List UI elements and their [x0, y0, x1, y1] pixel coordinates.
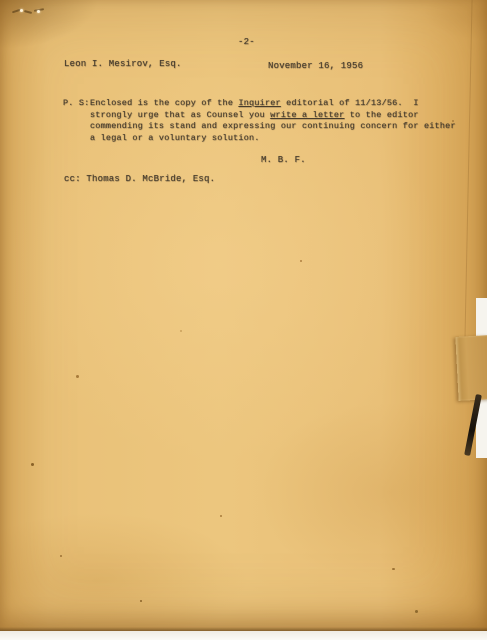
paper-speck	[180, 330, 182, 332]
paper-speck	[220, 515, 222, 517]
paper-speck	[140, 600, 142, 602]
postscript-segment-underlined: write a letter	[270, 110, 344, 120]
signature-initials: M. B. F.	[261, 155, 306, 165]
scan-background: -2- Leon I. Mesirov, Esq. November 16, 1…	[0, 0, 487, 640]
cc-line: cc: Thomas D. McBride, Esq.	[64, 174, 215, 184]
fold-crease	[464, 0, 472, 340]
paper-speck	[60, 555, 62, 557]
paper-speck	[300, 260, 302, 262]
staple-glint	[20, 9, 23, 12]
folded-corner-patch	[455, 335, 487, 401]
page-number: -2-	[238, 37, 255, 47]
paper-speck	[392, 568, 395, 570]
postscript-segment: Enclosed is the copy of the	[90, 98, 238, 108]
paper-speck	[31, 463, 34, 466]
staple-mark	[10, 6, 46, 16]
postscript-label: P. S:	[63, 98, 90, 108]
document-page: -2- Leon I. Mesirov, Esq. November 16, 1…	[0, 0, 487, 631]
postscript-segment-underlined: Inquirer	[238, 98, 280, 108]
staple-stroke	[24, 10, 32, 14]
scanner-background-strip	[0, 631, 487, 640]
postscript-text: Enclosed is the copy of the Inquirer edi…	[90, 98, 462, 144]
staple-glint	[37, 10, 40, 13]
letter-date: November 16, 1956	[268, 61, 363, 71]
recipient-name: Leon I. Mesirov, Esq.	[64, 59, 182, 69]
paper-speck	[415, 610, 418, 613]
paper-speck	[76, 375, 79, 378]
